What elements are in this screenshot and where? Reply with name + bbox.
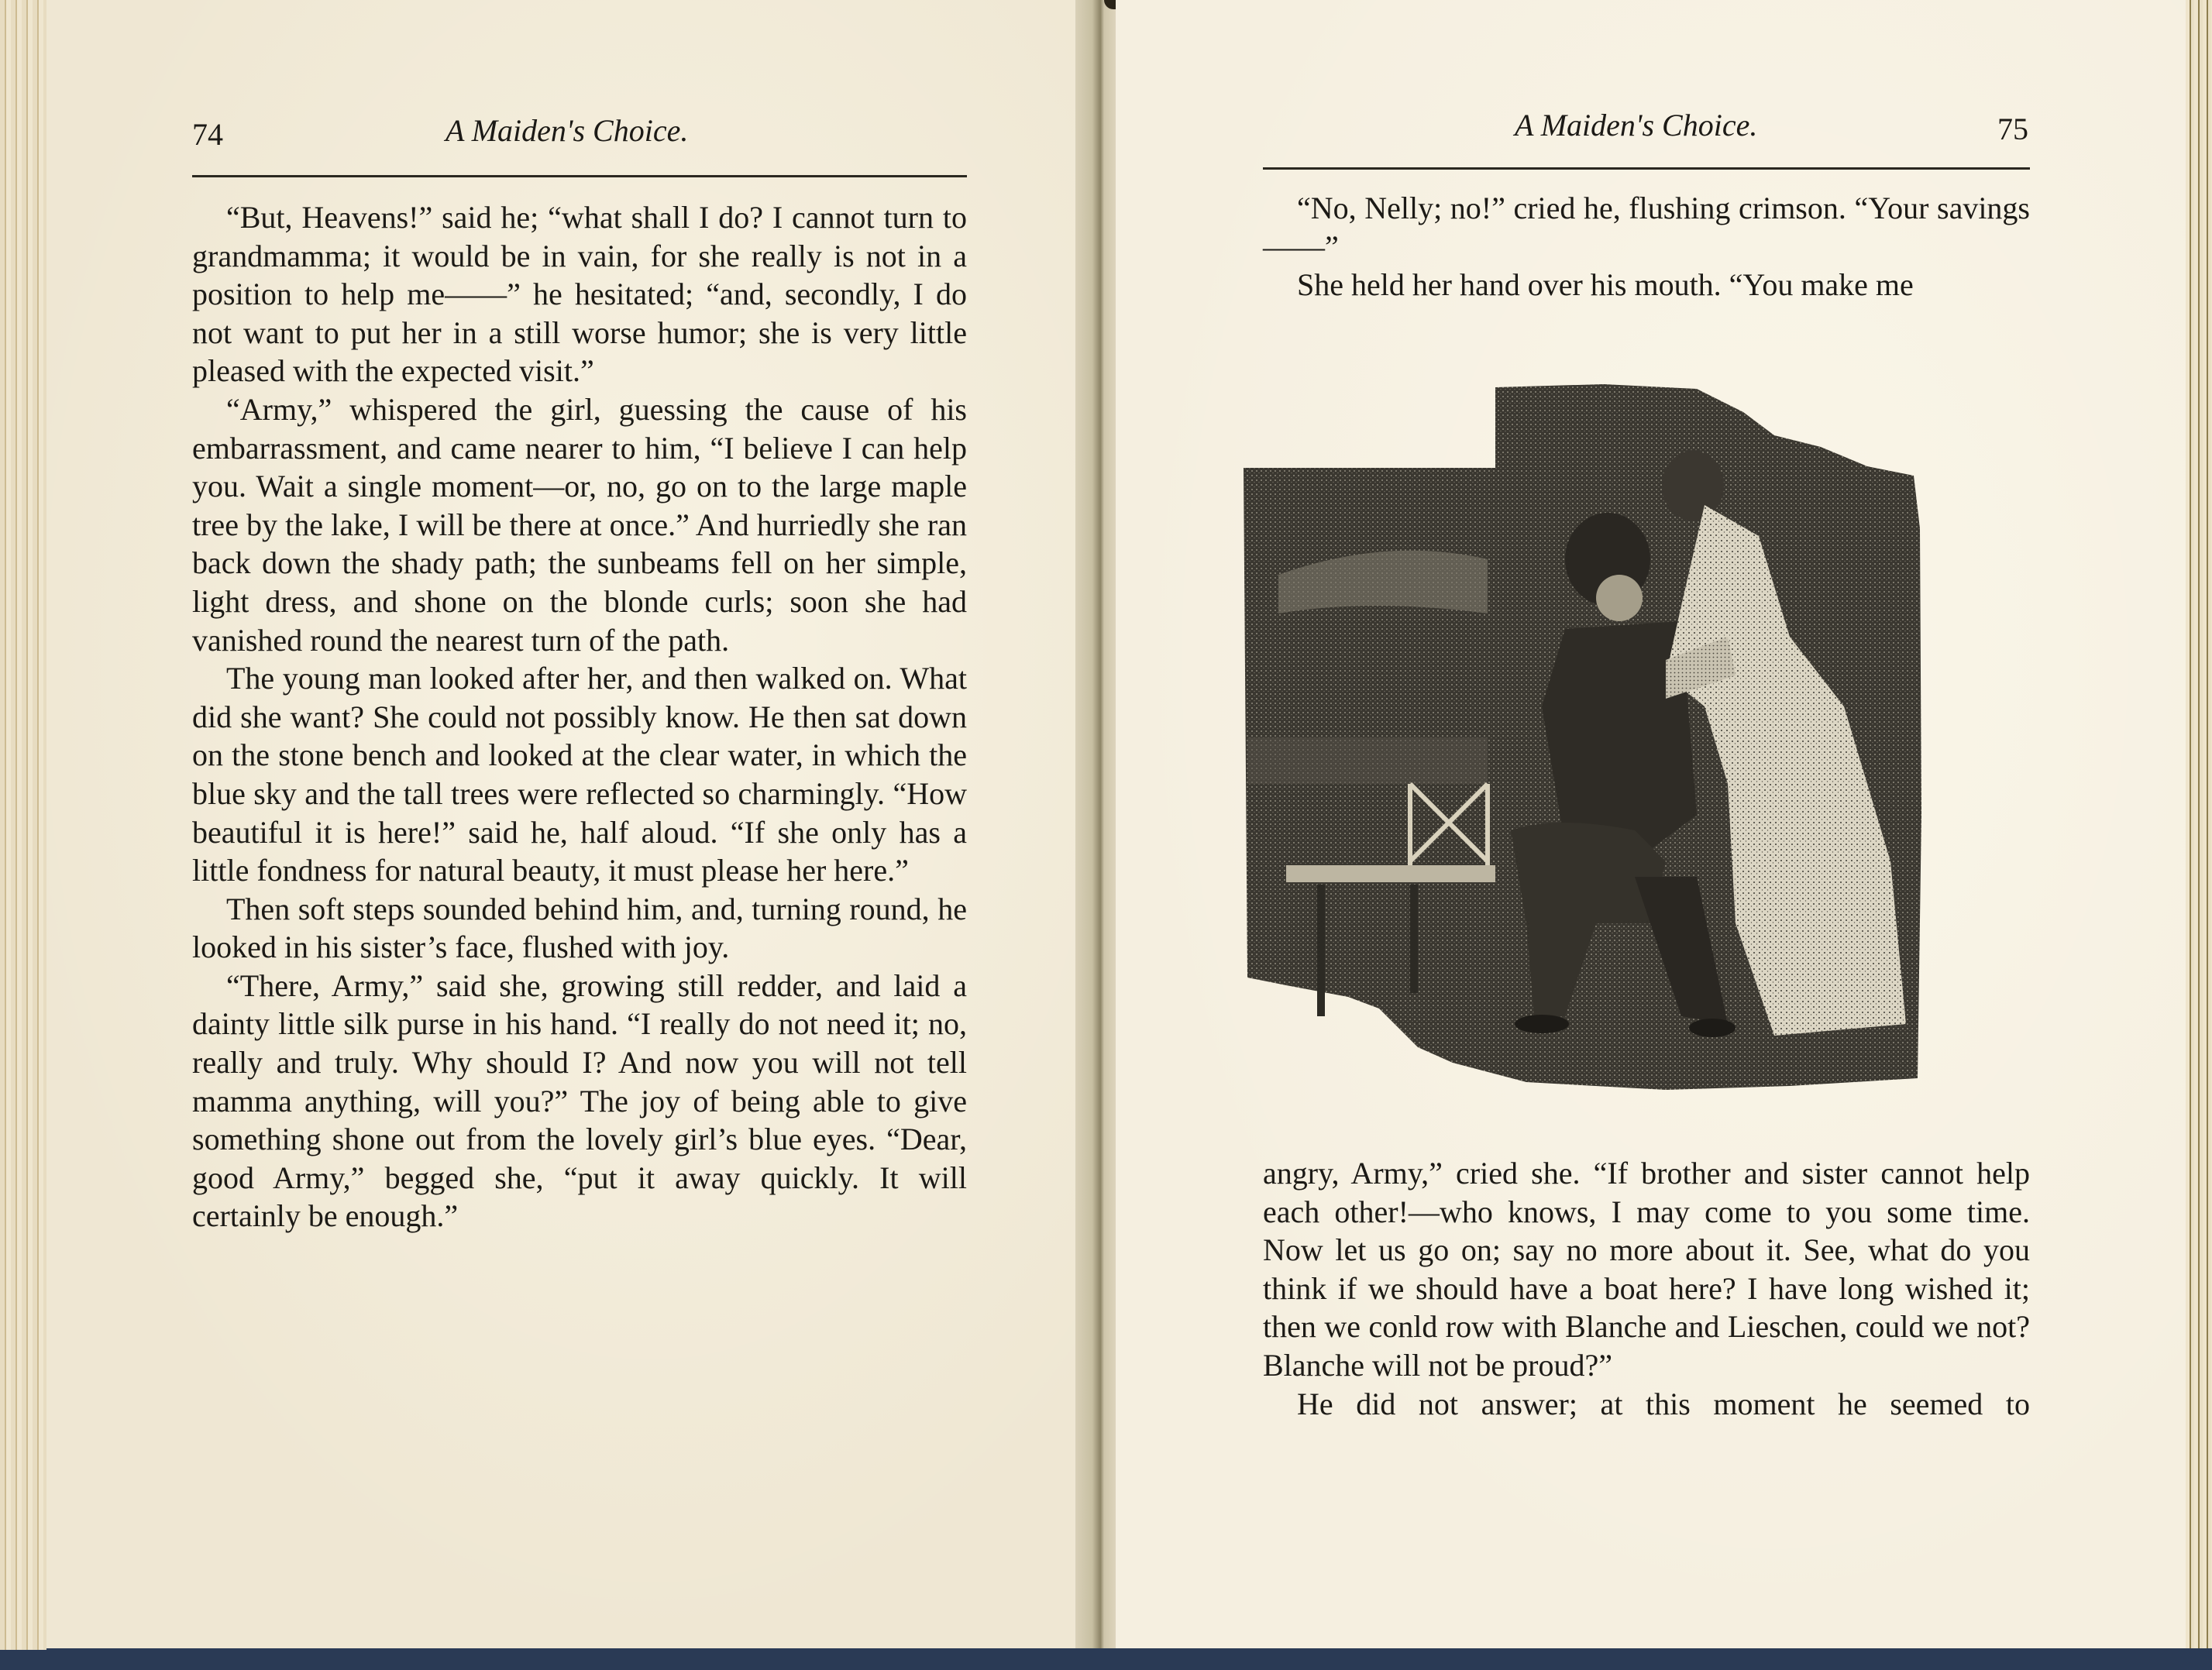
running-title-left: A Maiden's Choice. [445,112,688,149]
paragraph: She held her hand over his mouth. “You m… [1263,266,2030,304]
page-number-right: 75 [1997,111,2028,147]
paragraph: “Army,” whispered the girl, guessing the… [192,390,967,659]
text-column-left: “But, Heavens!” said he; “what shall I d… [192,198,967,1235]
page-edges-left [0,0,46,1650]
page-edges-right [2186,0,2212,1648]
paragraph: The young man looked after her, and then… [192,659,967,890]
paragraph: “But, Heavens!” said he; “what shall I d… [192,198,967,390]
text-column-right-bottom: angry, Army,” cried she. “If brother and… [1263,1154,2030,1423]
paragraph: “No, Nelly; no!” cried he, flushing crim… [1263,189,2030,266]
running-title-right: A Maiden's Choice. [1515,107,1757,143]
header-rule-right [1263,167,2030,170]
paragraph: Then soft steps sounded behind him, and,… [192,890,967,967]
left-page: 74 A Maiden's Choice. “But, Heavens!” sa… [0,0,1083,1648]
girl-head [1662,451,1724,521]
paragraph: angry, Army,” cried she. “If brother and… [1263,1154,2030,1385]
header-rule-left [192,175,967,177]
paragraph: “There, Army,” said she, growing still r… [192,967,967,1235]
page-number-left: 74 [192,116,223,153]
paragraph: He did not answer; at this moment he see… [1263,1385,2030,1424]
engraving-image [1232,381,2058,1098]
open-book: 74 A Maiden's Choice. “But, Heavens!” sa… [0,0,2212,1650]
bench-seat [1286,865,1495,882]
text-column-right-top: “No, Nelly; no!” cried he, flushing crim… [1263,189,2030,304]
illustration-engraving [1232,381,2058,1098]
